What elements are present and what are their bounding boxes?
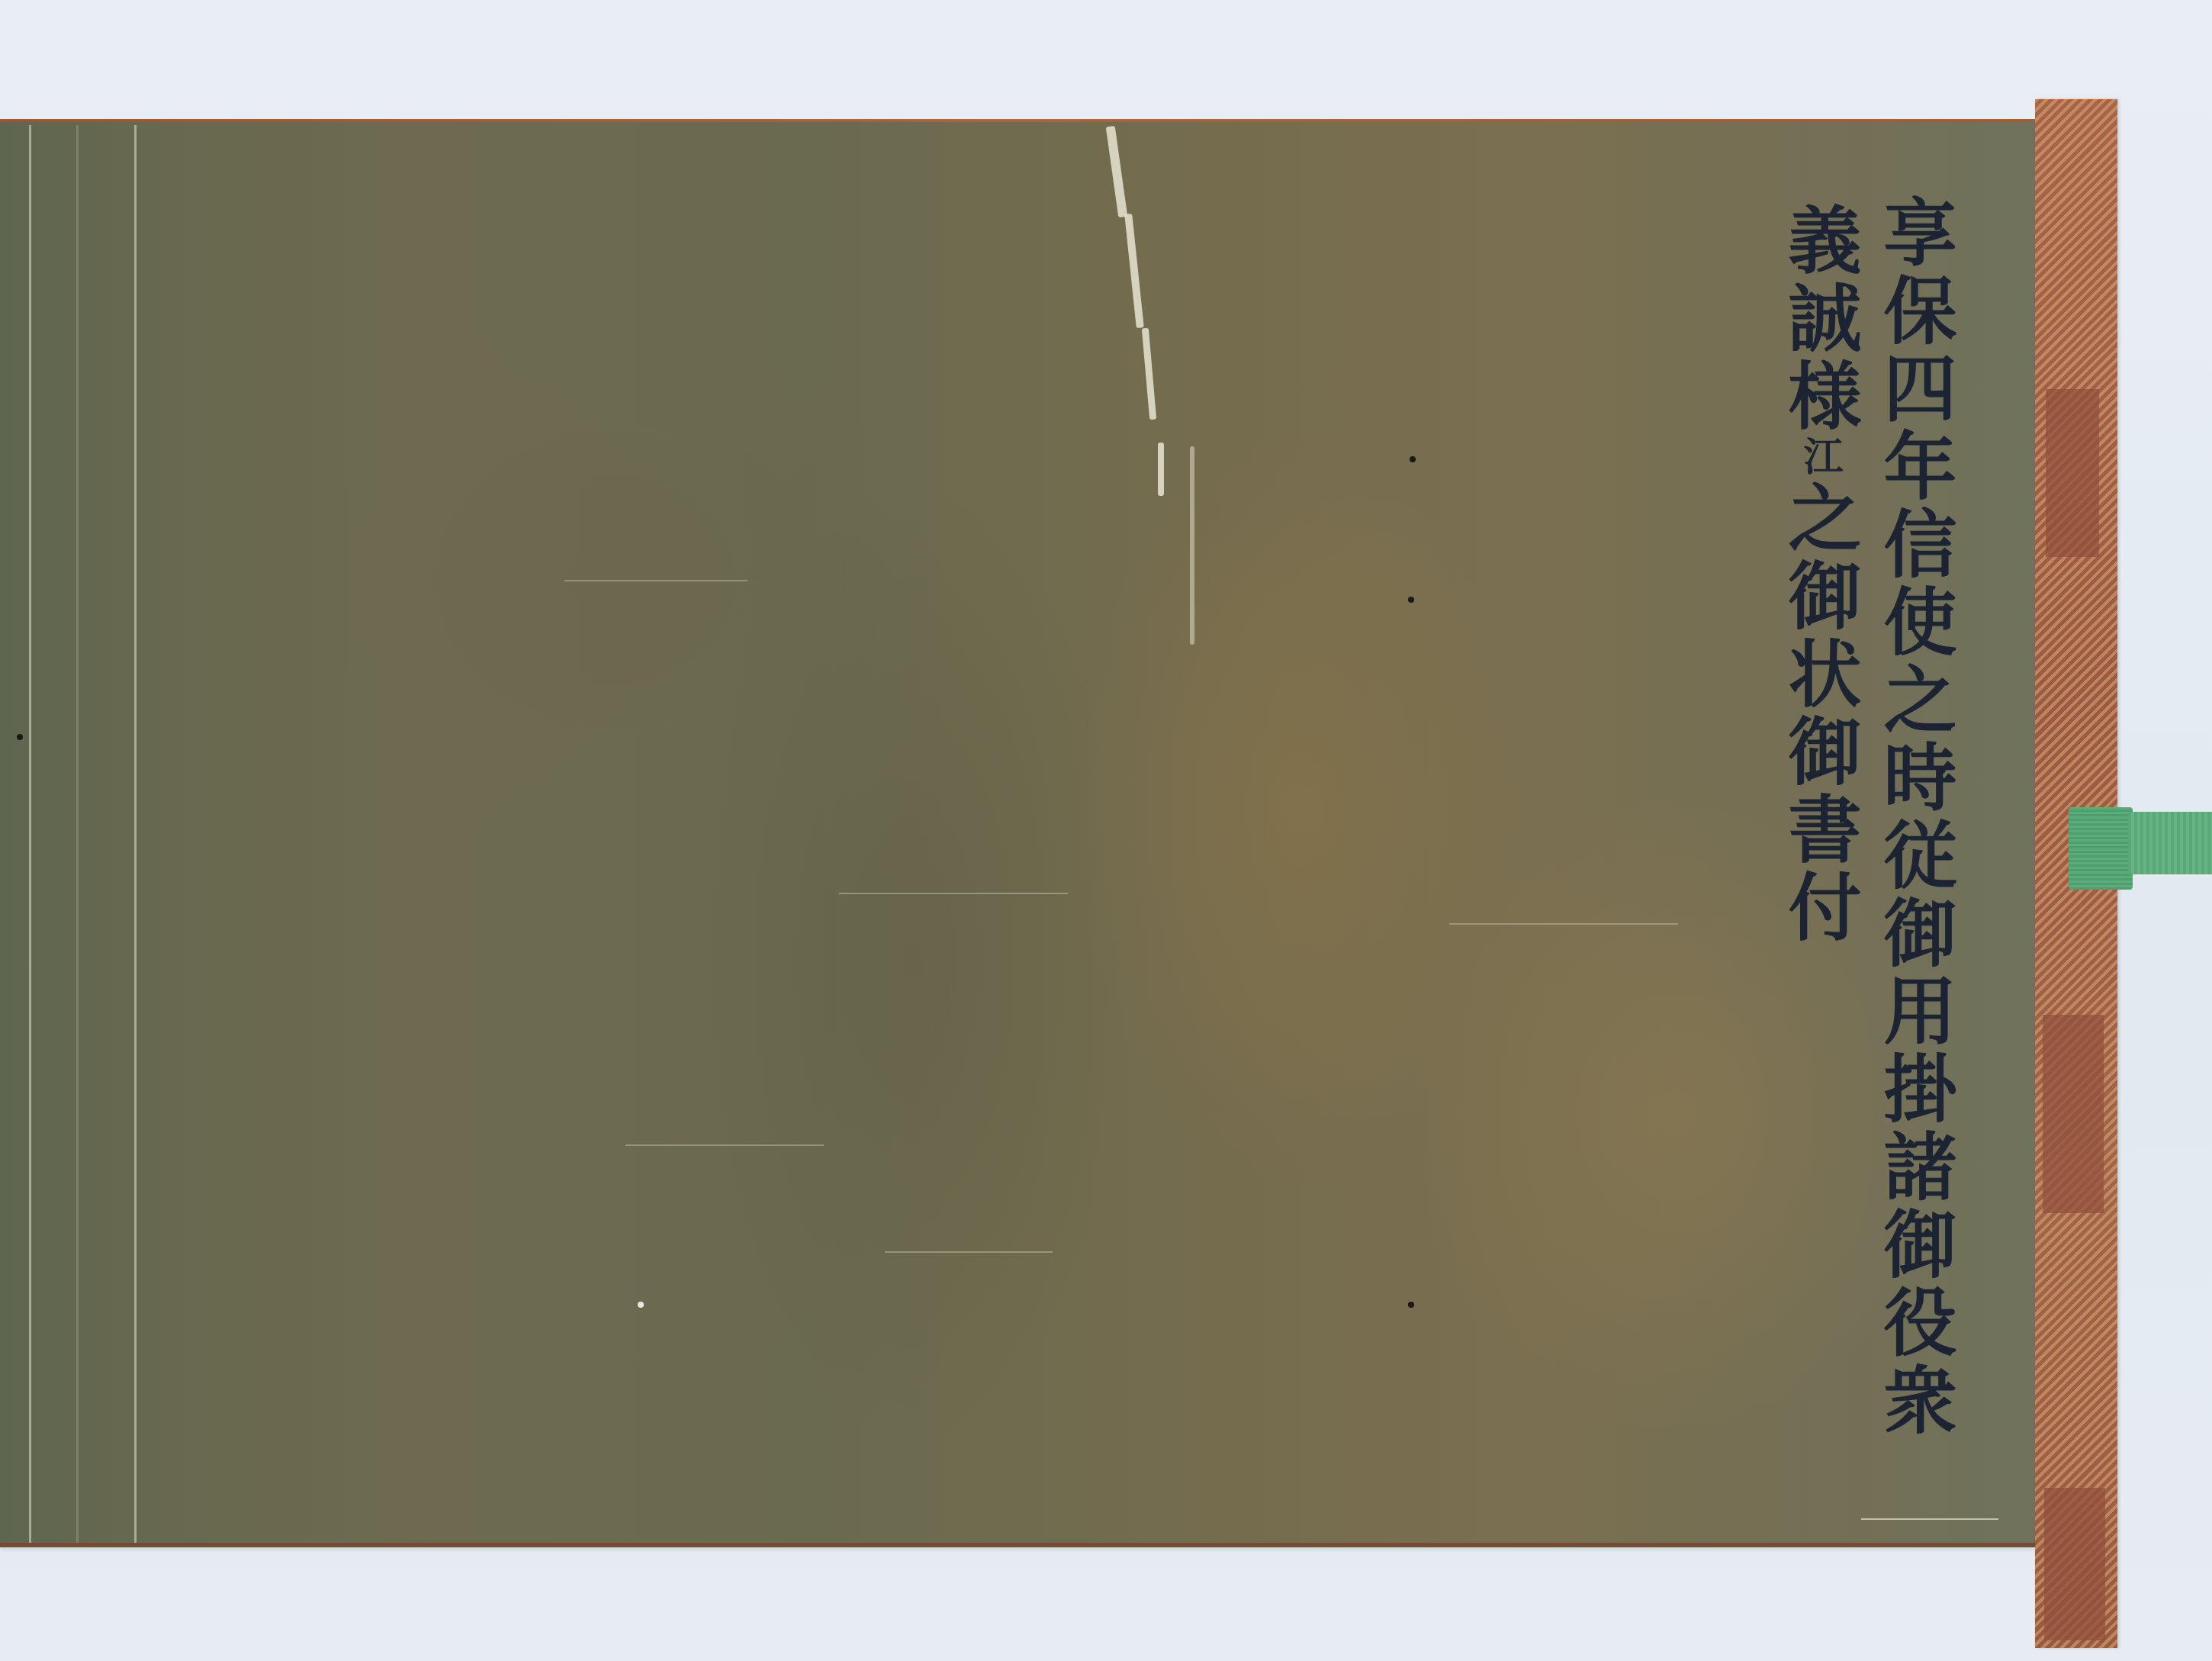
ribbon-tie xyxy=(2069,807,2133,890)
inscription-column-2-part-b: 之御状御書付 xyxy=(1776,480,1863,947)
silk-hole xyxy=(1408,1302,1414,1308)
silk-seam xyxy=(76,125,79,1543)
silk-crack xyxy=(1158,443,1164,496)
silk-crack xyxy=(564,580,748,581)
silk-hole xyxy=(1408,597,1414,603)
silk-crack xyxy=(625,1144,824,1146)
silk-hole xyxy=(17,734,23,740)
silk-hole xyxy=(1410,456,1416,462)
silk-hole xyxy=(638,1302,644,1308)
silk-scroll-body xyxy=(0,122,2035,1547)
silk-seam xyxy=(134,125,137,1543)
ribbon-tail xyxy=(2128,812,2212,874)
silk-crack xyxy=(885,1251,1053,1253)
silk-crack xyxy=(839,893,1068,894)
inscription-column-2-small-char: 江 xyxy=(1796,436,1843,480)
silk-crack xyxy=(1190,446,1194,645)
inscription-column-2: 義誠様江之御状御書付 xyxy=(1781,202,1857,947)
inscription-column-2-part-a: 義誠様 xyxy=(1776,202,1863,436)
silk-seam xyxy=(29,125,31,1543)
photo-stage: 享保四年信使之時従御用掛諸御役衆 義誠様江之御状御書付 xyxy=(0,0,2212,1661)
silk-crack xyxy=(1449,923,1678,925)
silk-crack xyxy=(1861,1518,1998,1520)
scroll-bottom-edge xyxy=(0,1543,2035,1547)
inscription-column-1: 享保四年信使之時従御用掛諸御役衆 xyxy=(1876,195,1953,1440)
